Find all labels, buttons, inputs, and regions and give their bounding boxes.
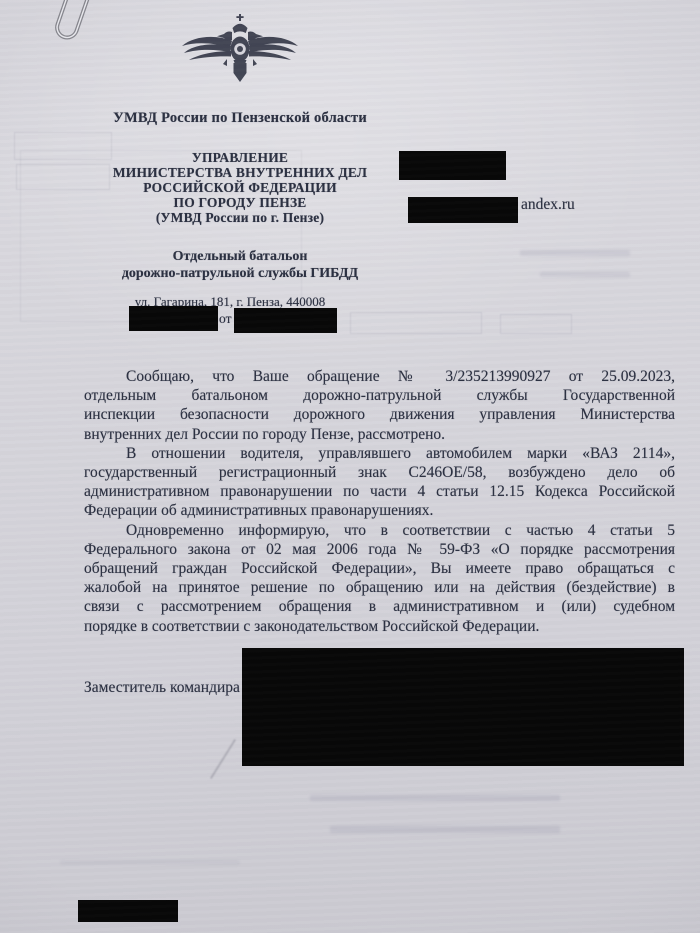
redaction-box-bottom-left [78,900,178,922]
body-line: отдельным батальоном дорожно-патрульной … [84,386,675,405]
org-line: РОССИЙСКОЙ ФЕДЕРАЦИИ [90,180,390,195]
body-line: инспекции безопасности дорожного движени… [84,405,675,424]
body-line: жалобой на принятое решение по обращению… [84,578,675,597]
redaction-box-address-left [129,306,218,331]
reference-separator: от [219,311,231,327]
redaction-box-signature [242,648,684,766]
redaction-box-header-upper [399,151,506,180]
unit-line: Отдельный батальон [90,248,390,265]
letterhead-region-org: УМВД России по Пензенской области [55,110,425,127]
body-line: Одновременно информирую, что в соответст… [84,521,675,540]
body-line: связи с рассмотрением обращения в админи… [84,597,675,616]
redaction-box-header-email [408,197,518,223]
showthrough-artifact [310,795,560,801]
org-line: (УМВД России по г. Пензе) [90,210,390,225]
showthrough-artifact [350,312,482,334]
letterhead-unit-block: Отдельный батальон дорожно-патрульной сл… [90,248,390,282]
crease-mark [210,739,236,779]
body-line: Сообщаю, что Ваше обращение № 3/23521399… [84,367,675,386]
body-line: порядке в соответствии с законодательств… [84,617,675,636]
signature-title: Заместитель командира [84,679,240,697]
org-line: ПО ГОРОДУ ПЕНЗЕ [90,195,390,210]
unit-line: дорожно-патрульной службы ГИБДД [90,265,390,282]
body-line: внутренних дел России по городу Пензе, р… [84,425,675,444]
mvd-emblem-icon [180,14,300,88]
showthrough-artifact [540,272,630,277]
body-line: Федерации об административных правонаруш… [84,501,675,520]
showthrough-artifact [330,826,560,833]
body-line: государственный регистрационный знак С24… [84,463,675,482]
redaction-box-address-right [234,308,337,333]
letter-body: Сообщаю, что Ваше обращение № 3/23521399… [84,367,675,636]
email-visible-text: andex.ru [521,196,575,214]
showthrough-artifact [500,314,572,334]
letterhead-org-block: УПРАВЛЕНИЕ МИНИСТЕРСТВА ВНУТРЕННИХ ДЕЛ Р… [90,150,390,225]
body-line: административном правонарушении по части… [84,482,675,501]
showthrough-artifact [60,860,240,865]
body-line: Федерального закона от 02 мая 2006 года … [84,540,675,559]
showthrough-artifact [520,250,630,256]
body-line: В отношении водителя, управлявшего автом… [84,444,675,463]
body-line: обращений граждан Российской Федерации»,… [84,559,675,578]
org-line: УПРАВЛЕНИЕ [90,150,390,165]
paperclip [34,0,106,61]
org-line: МИНИСТЕРСТВА ВНУТРЕННИХ ДЕЛ [90,165,390,180]
document-photo: УМВД России по Пензенской области УПРАВЛ… [0,0,700,933]
